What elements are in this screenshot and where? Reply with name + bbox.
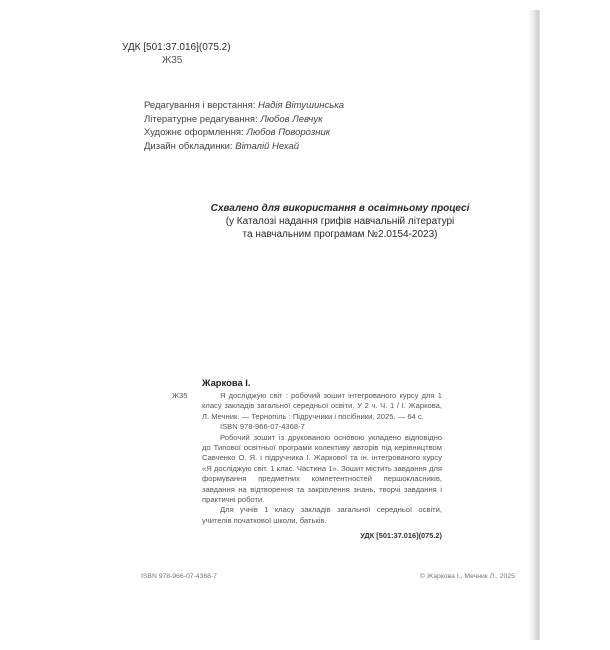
credit-row: Художнє оформлення: Любов Поворозник xyxy=(144,126,344,140)
credit-name: Надія Вітушинська xyxy=(258,100,344,111)
udk-code: УДК [501:37.016](075.2) xyxy=(122,42,231,53)
record-udk: УДК [501:37.016](075.2) xyxy=(202,531,442,541)
credit-role: Художнє оформлення: xyxy=(144,127,244,138)
credit-row: Редагування і верстання: Надія Вітушинсь… xyxy=(144,99,344,113)
record-author-mark: Ж35 xyxy=(172,391,187,401)
editorial-credits: Редагування і верстання: Надія Вітушинсь… xyxy=(144,99,344,153)
credit-name: Любов Левчук xyxy=(260,114,322,125)
record-author: Жаркова І. xyxy=(202,378,251,388)
credit-role: Редагування і верстання: xyxy=(144,100,255,111)
credit-row: Дизайн обкладинки: Віталій Нехай xyxy=(144,140,344,154)
author-mark: Ж35 xyxy=(122,54,231,67)
record-audience: Для учнів 1 класу закладів загальної сер… xyxy=(202,505,442,526)
record-description: Я досліджую світ : робочий зошит інтегро… xyxy=(202,391,442,422)
udk-classification-header: УДК [501:37.016](075.2) Ж35 xyxy=(122,41,231,67)
record-annotation: Робочий зошит із друкованою основою укла… xyxy=(202,433,442,506)
credit-role: Літературне редагування: xyxy=(144,114,258,125)
approval-line-1: (у Каталозі надання грифів навчальній лі… xyxy=(190,215,490,228)
footer-isbn: ISBN 978-966-07-4368-7 xyxy=(141,573,217,580)
footer-copyright: © Жаркова І., Мечник Л., 2025 xyxy=(420,573,515,580)
page-gutter-shadow xyxy=(528,10,540,640)
credit-name: Віталій Нехай xyxy=(235,141,299,152)
record-body: Я досліджую світ : робочий зошит інтегро… xyxy=(202,391,442,542)
credit-role: Дизайн обкладинки: xyxy=(144,141,233,152)
credit-name: Любов Поворозник xyxy=(246,127,330,138)
approval-line-2: та навчальним програмам №2.0154-2023) xyxy=(190,228,490,241)
credit-row: Літературне редагування: Любов Левчук xyxy=(144,113,344,127)
record-isbn: ISBN 978-966-07-4368-7 xyxy=(202,422,442,432)
approval-title: Схвалено для використання в освітньому п… xyxy=(190,202,490,215)
book-imprint-page: УДК [501:37.016](075.2) Ж35 Редагування … xyxy=(0,0,610,650)
approval-notice: Схвалено для використання в освітньому п… xyxy=(190,202,490,241)
